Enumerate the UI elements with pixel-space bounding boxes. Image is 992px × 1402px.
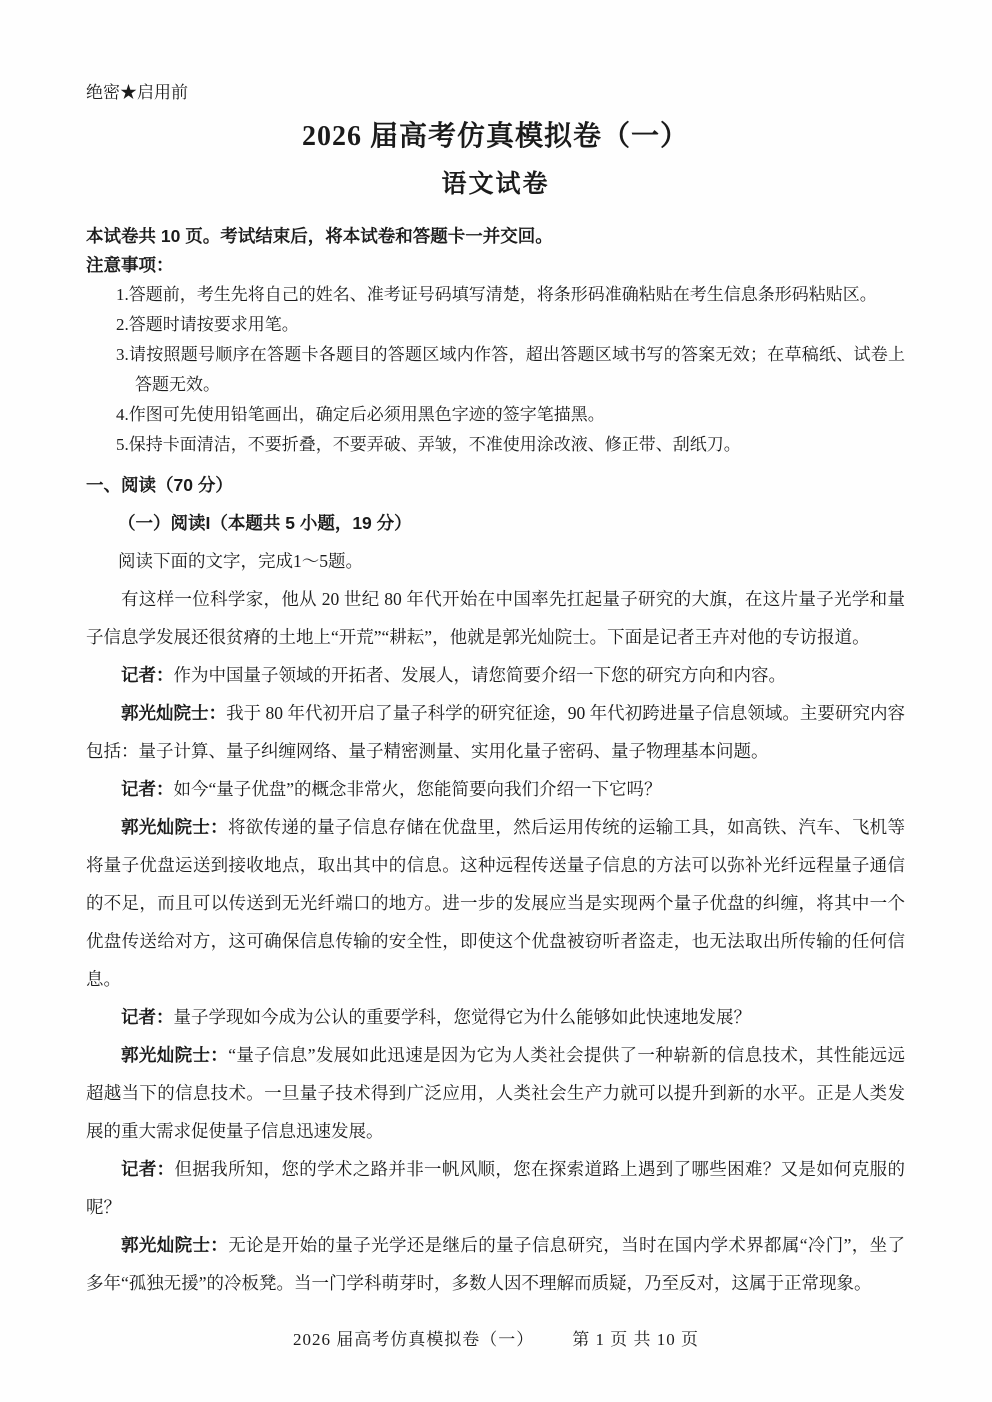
notes-list: 1.答题前，考生先将自己的姓名、准考证号码填写清楚，将条形码准确粘贴在考生信息条… xyxy=(116,280,905,460)
speaker-label: 记者： xyxy=(121,665,174,685)
dialogue-text: 量子学现如今成为公认的重要学科，您觉得它为什么能够如此快速地发展？ xyxy=(174,1007,752,1027)
part-heading: （一）阅读I（本题共 5 小题，19 分） xyxy=(86,504,905,542)
footer-exam-title: 2026 届高考仿真模拟卷（一） xyxy=(293,1330,534,1349)
speaker-label: 记者： xyxy=(121,1007,174,1027)
dialogue-paragraph: 记者：如今“量子优盘”的概念非常火，您能简要向我们介绍一下它吗？ xyxy=(86,770,905,808)
speaker-label: 郭光灿院士： xyxy=(121,1045,228,1065)
exam-info-line: 本试卷共 10 页。考试结束后，将本试卷和答题卡一并交回。 xyxy=(86,222,905,251)
speaker-label: 郭光灿院士： xyxy=(121,703,226,723)
exam-paper-page: 绝密★启用前 2026 届高考仿真模拟卷（一） 语文试卷 本试卷共 10 页。考… xyxy=(0,0,992,1402)
dialogue-paragraph: 郭光灿院士：将欲传递的量子信息存储在优盘里，然后运用传统的运输工具，如高铁、汽车… xyxy=(86,808,905,998)
dialogue-paragraph: 郭光灿院士：我于 80 年代初开启了量子科学的研究征途，90 年代初跨进量子信息… xyxy=(86,694,905,770)
page-content: 绝密★启用前 2026 届高考仿真模拟卷（一） 语文试卷 本试卷共 10 页。考… xyxy=(0,0,992,1302)
speaker-label: 郭光灿院士： xyxy=(121,817,228,837)
note-item-5: 5.保持卡面清洁，不要折叠，不要弄破、弄皱，不准使用涂改液、修正带、刮纸刀。 xyxy=(116,430,905,460)
page-title: 2026 届高考仿真模拟卷（一） xyxy=(86,120,905,154)
note-item-1: 1.答题前，考生先将自己的姓名、准考证号码填写清楚，将条形码准确粘贴在考生信息条… xyxy=(116,280,905,310)
dialogue-text: 作为中国量子领域的开拓者、发展人，请您简要介绍一下您的研究方向和内容。 xyxy=(174,665,787,685)
page-footer: 2026 届高考仿真模拟卷（一）第 1 页 共 10 页 xyxy=(0,1325,992,1350)
note-item-2: 2.答题时请按要求用笔。 xyxy=(116,310,905,340)
notes-heading: 注意事项： xyxy=(86,251,905,280)
lead-in-line: 阅读下面的文字，完成1～5题。 xyxy=(86,542,905,580)
dialogue-paragraph: 记者：量子学现如今成为公认的重要学科，您觉得它为什么能够如此快速地发展？ xyxy=(86,998,905,1036)
dialogue-text: 将欲传递的量子信息存储在优盘里，然后运用传统的运输工具，如高铁、汽车、飞机等将量… xyxy=(86,817,905,989)
dialogue-paragraph: 记者：作为中国量子领域的开拓者、发展人，请您简要介绍一下您的研究方向和内容。 xyxy=(86,656,905,694)
note-item-3: 3.请按照题号顺序在答题卡各题目的答题区域内作答，超出答题区域书写的答案无效；在… xyxy=(116,340,905,400)
classification-label: 绝密★启用前 xyxy=(86,82,905,104)
note-item-4: 4.作图可先使用铅笔画出，确定后必须用黑色字迹的签字笔描黑。 xyxy=(116,400,905,430)
dialogue-text: 如今“量子优盘”的概念非常火，您能简要向我们介绍一下它吗？ xyxy=(174,779,662,799)
speaker-label: 郭光灿院士： xyxy=(121,1235,228,1255)
section-heading: 一、阅读（70 分） xyxy=(86,466,905,504)
dialogue-paragraph: 记者：但据我所知，您的学术之路并非一帆风顺，您在探索道路上遇到了哪些困难？又是如… xyxy=(86,1150,905,1226)
speaker-label: 记者： xyxy=(121,1159,174,1179)
reading-section: 一、阅读（70 分） （一）阅读I（本题共 5 小题，19 分） 阅读下面的文字… xyxy=(86,466,905,1302)
speaker-label: 记者： xyxy=(121,779,174,799)
dialogue-text: 但据我所知，您的学术之路并非一帆风顺，您在探索道路上遇到了哪些困难？又是如何克服… xyxy=(86,1159,905,1217)
dialogue-paragraph: 郭光灿院士：无论是开始的量子光学还是继后的量子信息研究，当时在国内学术界都属“冷… xyxy=(86,1226,905,1302)
intro-paragraph: 有这样一位科学家，他从 20 世纪 80 年代开始在中国率先扛起量子研究的大旗，… xyxy=(86,580,905,656)
dialogue-paragraph: 郭光灿院士：“量子信息”发展如此迅速是因为它为人类社会提供了一种崭新的信息技术，… xyxy=(86,1036,905,1150)
footer-page-info: 第 1 页 共 10 页 xyxy=(572,1330,699,1349)
page-subtitle: 语文试卷 xyxy=(86,170,905,200)
